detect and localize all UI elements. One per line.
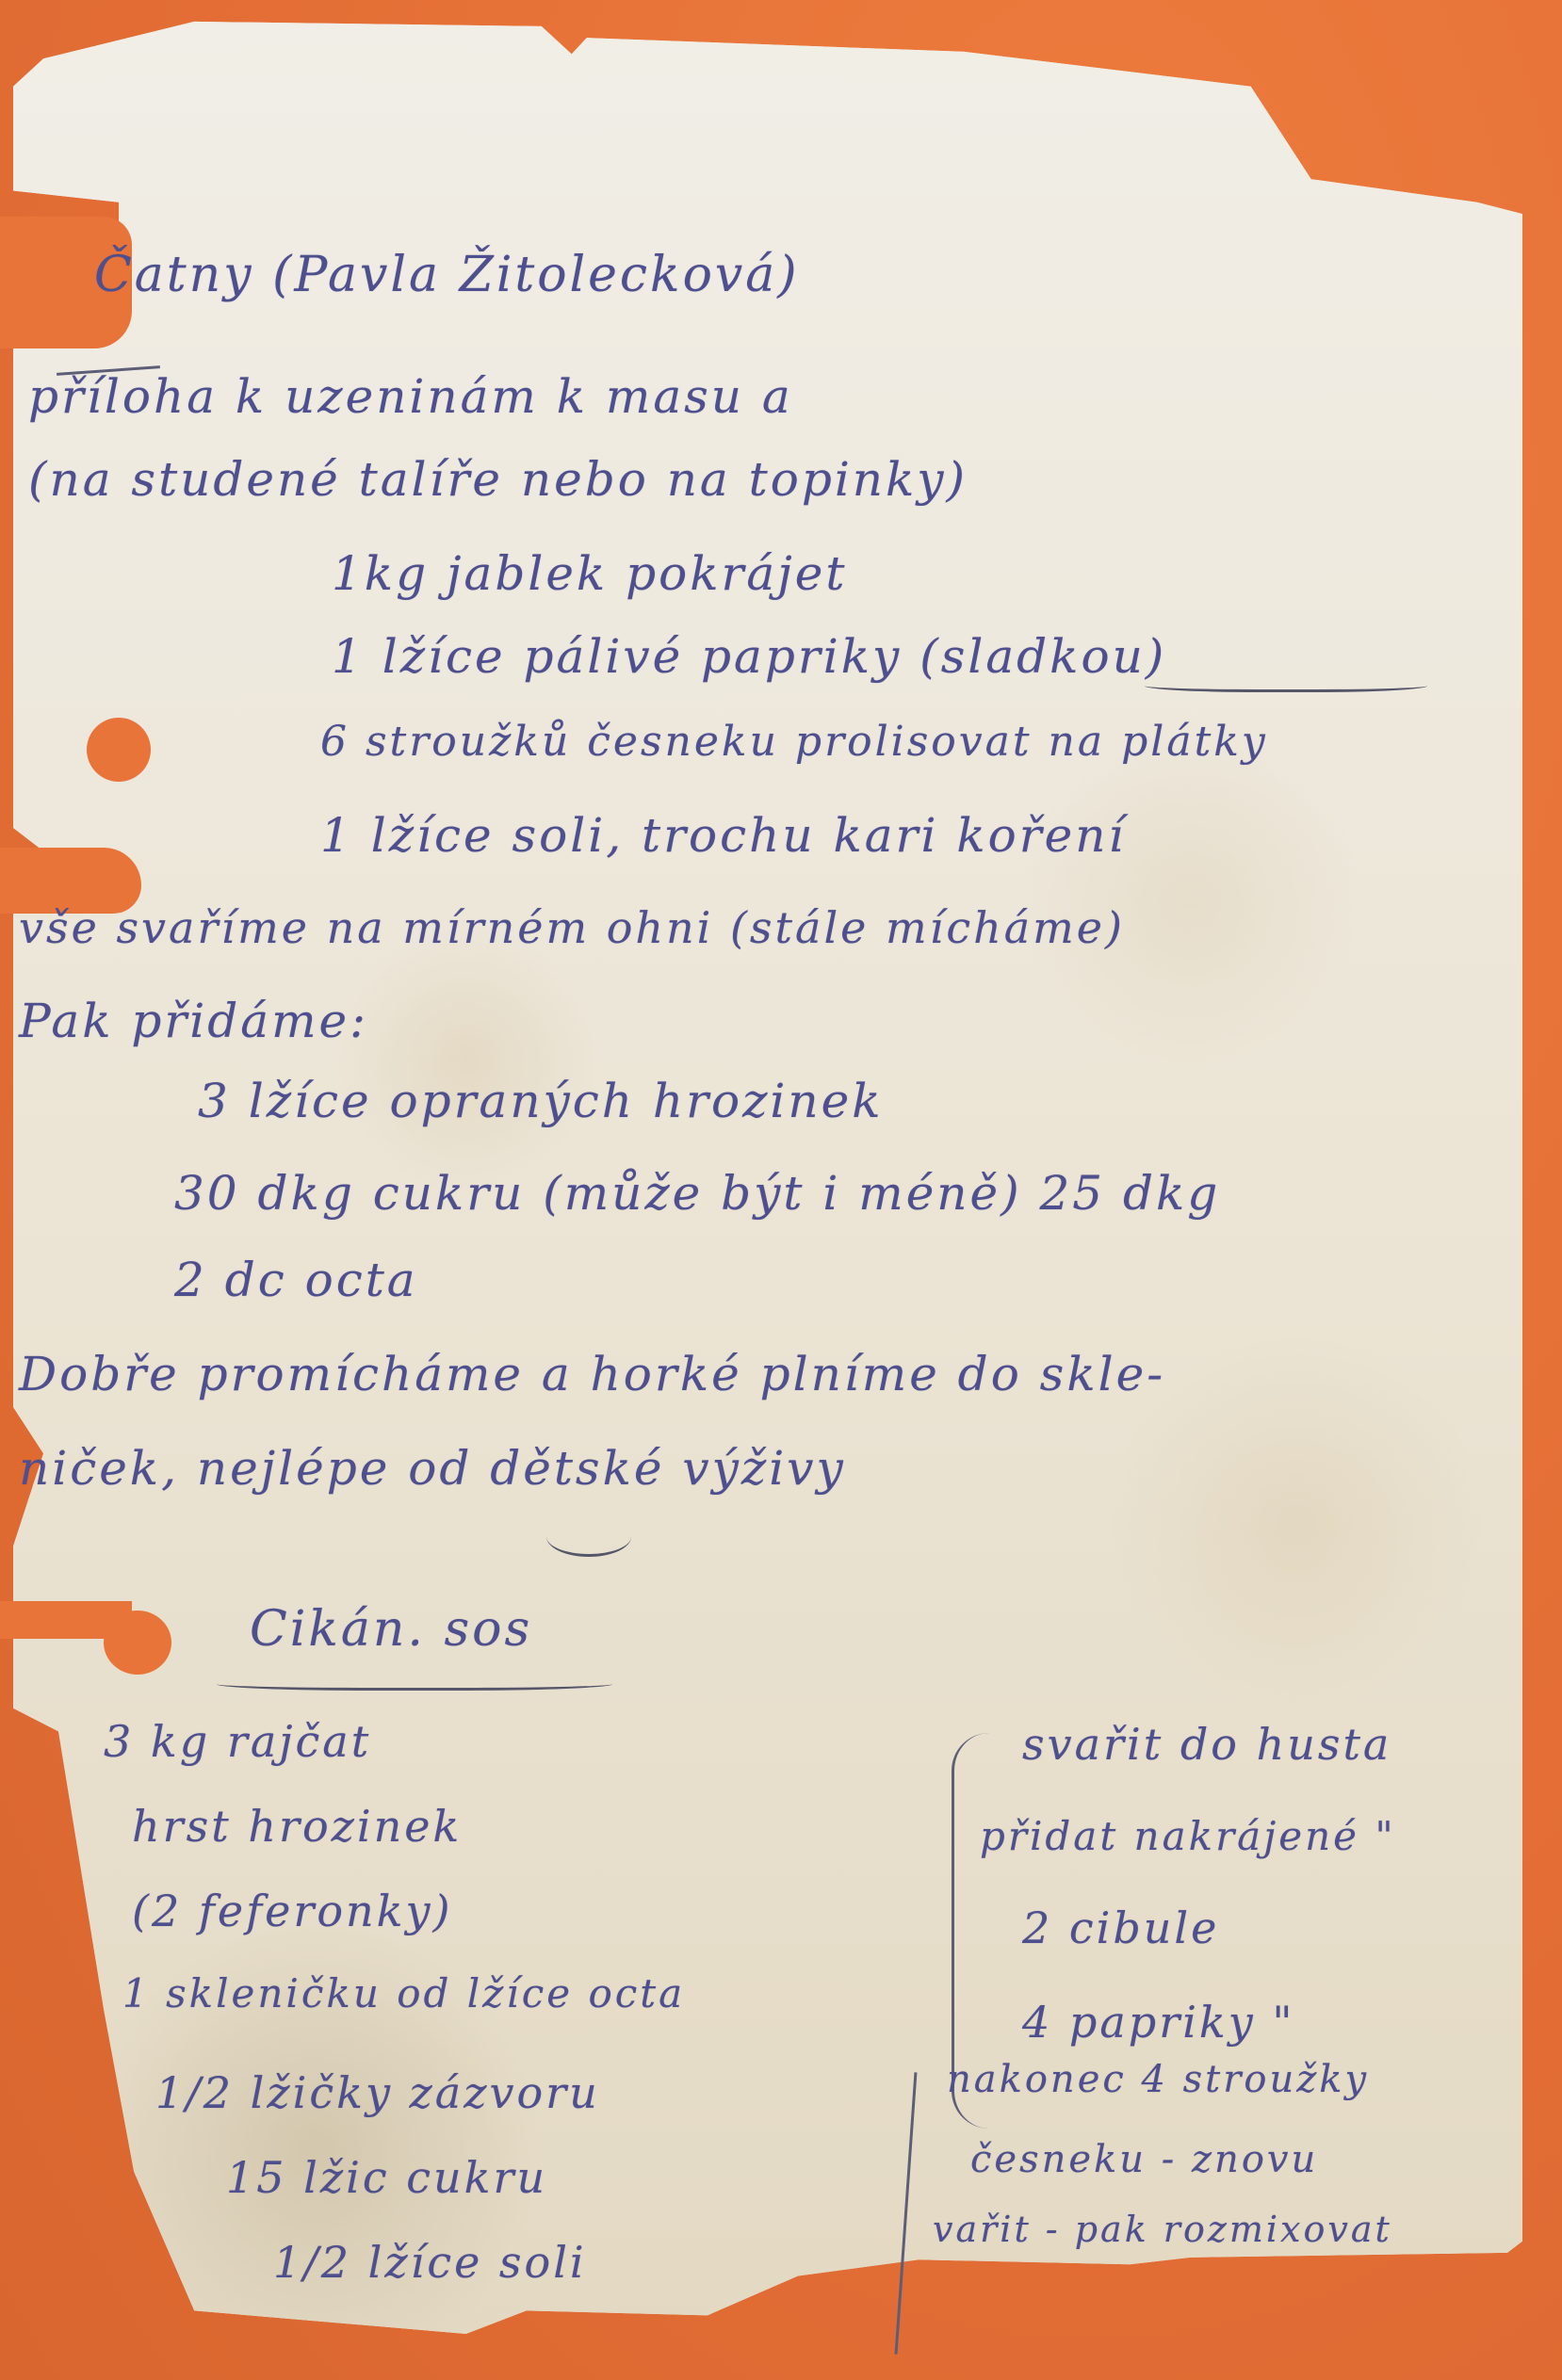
punch-hole (87, 718, 151, 782)
ingredient-line: 1/2 lžičky zázvoru (155, 2067, 600, 2118)
note-line: česneku - znovu (970, 2138, 1318, 2181)
wavy-underline (217, 1675, 612, 1691)
ingredient-line: 3 lžíce opraných hrozinek (198, 1074, 884, 1128)
ingredient-line: 1 lžíce pálivé papriky (sladkou) (332, 629, 1166, 684)
wavy-underline (1145, 676, 1427, 692)
ingredient-line: 30 dkg cukru (může být i méně) 25 dkg (174, 1166, 1220, 1221)
note-line: nakonec 4 stroužky (947, 2058, 1369, 2101)
recipe-title: Čatny (Pavla Žitolecková) (94, 247, 800, 303)
ingredient-line: 1 skleničku od lžíce octa (122, 1970, 685, 2016)
recipe-subtitle: příloha k uzeninám k masu a (28, 369, 793, 424)
recipe-title: Cikán. sos (250, 1601, 532, 1658)
torn-edge (0, 1601, 132, 1639)
ingredient-line: 1 lžíce soli, trochu kari koření (320, 808, 1126, 863)
ingredient-line: 3 kg rajčat (104, 1716, 371, 1767)
ingredient-line: (2 feferonky) (132, 1886, 452, 1936)
instruction-line: Pak přidáme: (19, 994, 368, 1048)
note-line: přidat nakrájené " (980, 1813, 1396, 1859)
recipe-subtitle: (na studené talíře nebo na topinky) (28, 452, 968, 507)
wavy-mark (546, 1516, 631, 1557)
note-line: vařit - pak rozmixovat (933, 2209, 1392, 2250)
ingredient-line: 15 lžic cukru (226, 2152, 547, 2203)
instruction-line: vše svaříme na mírném ohni (stále míchám… (19, 902, 1125, 953)
note-line: svařit do husta (1022, 1719, 1391, 1770)
ingredient-line: 2 dc octa (174, 1253, 418, 1307)
ingredient-line: 1kg jablek pokrájet (332, 546, 847, 601)
note-line: 4 papriky " (1022, 1997, 1295, 2048)
ingredient-line: hrst hrozinek (132, 1801, 462, 1852)
instruction-line: niček, nejlépe od dětské výživy (19, 1441, 846, 1496)
note-line: 2 cibule (1022, 1902, 1219, 1953)
ingredient-line: 6 stroužků česneku prolisovat na plátky (320, 718, 1268, 766)
instruction-line: Dobře promícháme a horké plníme do skle- (19, 1347, 1165, 1401)
ingredient-line: 1/2 lžíce soli (273, 2237, 587, 2288)
